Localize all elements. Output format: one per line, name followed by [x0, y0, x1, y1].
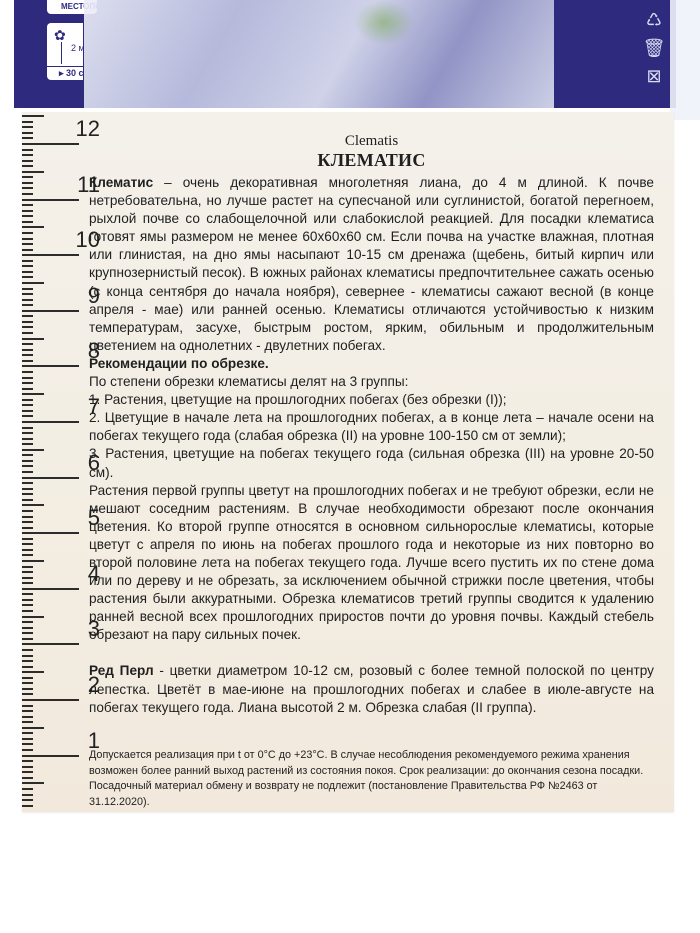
ruler-mm-tick [22, 521, 33, 523]
latin-name: Clematis [89, 132, 654, 150]
ruler-mm-tick [22, 566, 33, 568]
ruler-mm-tick [22, 415, 33, 417]
ruler-mm-tick [22, 743, 33, 745]
ruler-mm-tick [22, 165, 33, 167]
pruning-group-1: 1. Растения, цветущие на прошлогодних по… [89, 391, 654, 409]
ruler-cm-tick [22, 588, 79, 590]
ruler-cm-tick [22, 755, 79, 757]
ruler-mm-tick [22, 716, 33, 718]
ruler-mm-tick [22, 154, 33, 156]
pruning-group-2: 2. Цветущие в начале лета на прошлогодни… [89, 409, 654, 445]
ruler-mm-tick [22, 782, 44, 784]
ruler-mm-tick [22, 454, 33, 456]
ruler-mm-tick [22, 666, 33, 668]
no-crush-box-icon: ⊠ [634, 62, 674, 90]
ruler-mm-tick [22, 182, 33, 184]
ruler-mm-tick [22, 499, 33, 501]
ruler-mm-tick [22, 805, 33, 807]
ruler-mm-tick [22, 449, 44, 451]
ruler-mm-tick [22, 688, 33, 690]
ruler-mm-tick [22, 393, 44, 395]
ruler-mm-tick [22, 771, 33, 773]
intro-text: – очень декоративная многолетняя лиана, … [89, 175, 654, 353]
ruler-mm-tick [22, 171, 44, 173]
ruler-mm-tick [22, 471, 33, 473]
footer-line: Посадочный материал обмену и возврату не… [89, 779, 659, 810]
ruler-mm-tick [22, 276, 33, 278]
ruler-mm-tick [22, 265, 33, 267]
ruler-mm-tick [22, 371, 33, 373]
ruler-mm-tick [22, 705, 33, 707]
ruler-mm-tick [22, 504, 44, 506]
ruler-mm-tick [22, 549, 33, 551]
ruler-mm-tick [22, 571, 33, 573]
ruler-mm-tick [22, 738, 33, 740]
flower-icon: ✿ [54, 28, 66, 42]
ruler-mm-tick [22, 115, 44, 117]
ruler-mm-tick [22, 443, 33, 445]
ruler-mm-tick [22, 210, 33, 212]
ruler-mm-tick [22, 465, 33, 467]
ruler-mm-tick [22, 204, 33, 206]
pruning-intro: По степени обрезки клематисы делят на 3 … [89, 373, 654, 391]
ruler-cm-tick [22, 421, 79, 423]
ruler-mm-tick [22, 799, 33, 801]
ruler-mm-tick [22, 693, 33, 695]
ruler-mm-tick [22, 343, 33, 345]
ruler-mm-tick [22, 527, 33, 529]
ruler-mm-tick [22, 660, 33, 662]
ruler-mm-tick [22, 493, 33, 495]
ruler-mm-tick [22, 338, 44, 340]
ruler-cm-tick [22, 532, 79, 534]
ruler-cm-tick [22, 365, 79, 367]
ruler-mm-tick [22, 432, 33, 434]
ruler-mm-tick [22, 332, 33, 334]
ruler-mm-tick [22, 710, 33, 712]
ruler-mm-tick [22, 399, 33, 401]
pruning-heading: Рекомендации по обрезке. [89, 355, 654, 373]
variety-text: - цветки диаметром 10-12 см, розовый с б… [89, 663, 654, 714]
ruler-cm-tick [22, 643, 79, 645]
ruler-mm-tick [22, 271, 33, 273]
ruler-mm-tick [22, 727, 44, 729]
ruler-mm-tick [22, 360, 33, 362]
ruler-mm-tick [22, 321, 33, 323]
variety-name: Ред Перл [89, 663, 154, 678]
ruler-mm-tick [22, 221, 33, 223]
ruler-mm-tick [22, 349, 33, 351]
pruning-details: Растения первой группы цветут на прошлог… [89, 482, 654, 645]
ruler-mm-tick [22, 137, 33, 139]
ruler-mm-tick [22, 193, 33, 195]
footer-line: Допускается реализация при t от 0°С до +… [89, 748, 659, 764]
ruler-mm-tick [22, 677, 33, 679]
ruler-mm-tick [22, 510, 33, 512]
ruler-mm-tick [22, 149, 33, 151]
plant-height-value: 2 м [71, 43, 85, 53]
ruler-mm-tick [22, 388, 33, 390]
ruler-mm-tick [22, 132, 33, 134]
ruler-mm-tick [22, 621, 33, 623]
ruler-mm-tick [22, 610, 33, 612]
ruler-mm-tick [22, 326, 33, 328]
ruler-mm-tick [22, 593, 33, 595]
ruler-mm-tick [22, 460, 33, 462]
recycle-pap-icon: ♺ [634, 6, 674, 34]
ruler-mm-tick [22, 749, 33, 751]
ruler-mm-tick [22, 160, 33, 162]
ruler-mm-tick [22, 649, 33, 651]
ruler-mm-tick [22, 777, 33, 779]
ruler-mm-tick [22, 604, 33, 606]
seed-package-band: МЕСТОПОЛ ✿ 2 м ▸ 30 см ♺ 🗑 ⊠ [14, 0, 676, 108]
ruler-mm-tick [22, 404, 33, 406]
ruler-mm-tick [22, 243, 33, 245]
document-title: КЛЕМАТИС [89, 150, 654, 170]
ruler-mm-tick [22, 788, 33, 790]
ruler-mm-tick [22, 226, 44, 228]
stem-line [61, 42, 62, 64]
trash-bin-icon: 🗑 [634, 34, 674, 62]
ruler-mm-tick [22, 760, 33, 762]
ruler-mm-tick [22, 232, 33, 234]
spacer [89, 644, 654, 662]
info-divider [47, 66, 83, 67]
ruler-mm-tick [22, 599, 33, 601]
ruler-mm-tick [22, 482, 33, 484]
ruler-mm-tick [22, 560, 44, 562]
ruler-mm-tick [22, 655, 33, 657]
ruler-mm-tick [22, 288, 33, 290]
ruler-mm-tick [22, 682, 33, 684]
ruler-mm-tick [22, 293, 33, 295]
ruler-mm-tick [22, 299, 33, 301]
ruler-mm-tick [22, 126, 33, 128]
variety-paragraph: Ред Перл - цветки диаметром 10-12 см, ро… [89, 662, 654, 716]
ruler-mm-tick [22, 488, 33, 490]
ruler-mm-tick [22, 410, 33, 412]
ruler-mm-tick [22, 632, 33, 634]
ruler-cm-tick [22, 143, 79, 145]
ruler-cm-tick [22, 699, 79, 701]
ruler-mm-tick [22, 582, 33, 584]
ruler-cm-tick [22, 310, 79, 312]
ruler-mm-tick [22, 377, 33, 379]
storage-notice: Допускается реализация при t от 0°С до +… [89, 748, 659, 810]
document-body: Clematis КЛЕМАТИС Клематис – очень декор… [89, 132, 654, 717]
ruler-mm-tick [22, 282, 44, 284]
plastic-wrap [84, 0, 554, 108]
ruler-mm-tick [22, 794, 33, 796]
ruler-mm-tick [22, 176, 33, 178]
ruler-mm-tick [22, 187, 33, 189]
ruler-cm-tick [22, 254, 79, 256]
ruler-mm-tick [22, 543, 33, 545]
ruler-mm-tick [22, 616, 44, 618]
ruler-mm-tick [22, 638, 33, 640]
pruning-group-3: 3. Растения, цветущие на побегах текущег… [89, 445, 654, 481]
plastic-edge [670, 0, 700, 120]
ruler-mm-tick [22, 627, 33, 629]
ruler-mm-tick [22, 315, 33, 317]
ruler-mm-tick [22, 121, 33, 123]
ruler-mm-tick [22, 671, 44, 673]
ruler-mm-tick [22, 516, 33, 518]
ruler-mm-tick [22, 304, 33, 306]
ruler-mm-tick [22, 577, 33, 579]
ruler-mm-tick [22, 721, 33, 723]
ruler-mm-tick [22, 427, 33, 429]
ruler-mm-tick [22, 438, 33, 440]
intro-bold-term: Клематис [89, 175, 153, 190]
ruler-mm-tick [22, 238, 33, 240]
package-symbols: ♺ 🗑 ⊠ [634, 6, 674, 90]
ruler-mm-tick [22, 538, 33, 540]
centimeter-ruler: 121110987654321 [22, 112, 82, 812]
ruler-cm-tick [22, 199, 79, 201]
ruler-mm-tick [22, 766, 33, 768]
ruler-mm-tick [22, 249, 33, 251]
ruler-mm-tick [22, 260, 33, 262]
ruler-mm-tick [22, 215, 33, 217]
ruler-mm-tick [22, 732, 33, 734]
ruler-mm-tick [22, 354, 33, 356]
ruler-cm-tick [22, 477, 79, 479]
ruler-mm-tick [22, 382, 33, 384]
plant-info-box: ✿ 2 м ▸ 30 см [47, 23, 83, 80]
footer-line: возможен более ранний выход растений из … [89, 764, 659, 780]
intro-paragraph: Клематис – очень декоративная многолетня… [89, 174, 654, 355]
ruler-mm-tick [22, 554, 33, 556]
